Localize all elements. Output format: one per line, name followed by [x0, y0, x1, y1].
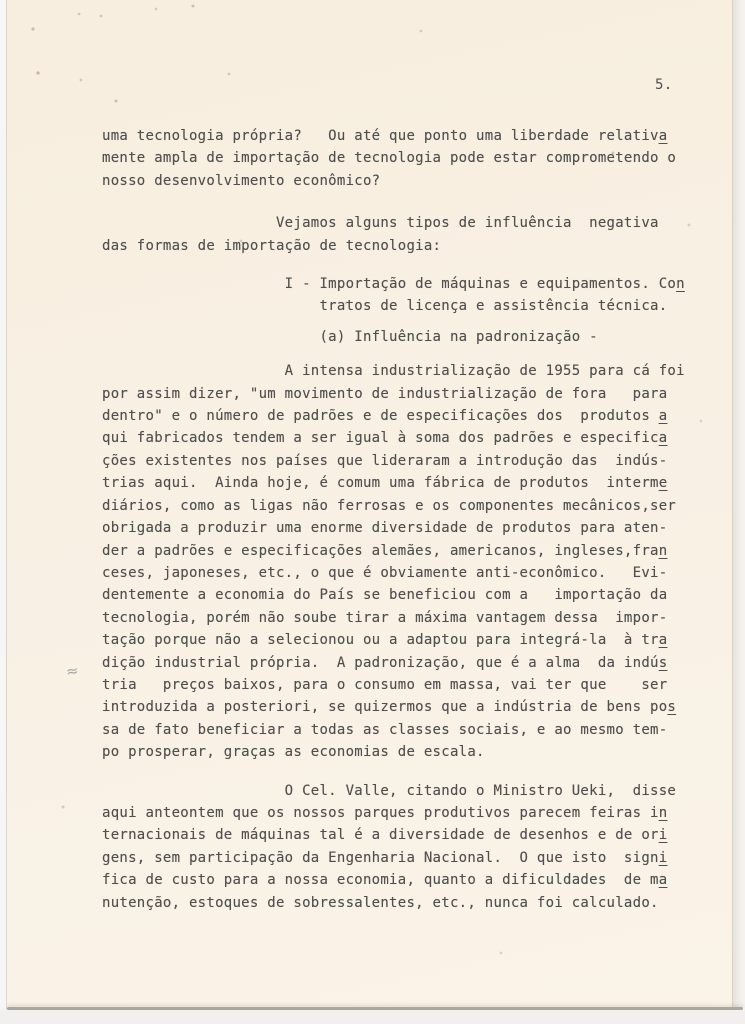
text-line: tria preços baixos, para o consumo em ma…: [102, 674, 702, 696]
text-line: dentemente a economia do País se benefic…: [102, 584, 702, 606]
text-line: nutenção, estoques de sobressalentes, et…: [102, 892, 702, 914]
text-line: fica de custo para a nossa economia, qua…: [102, 869, 702, 891]
text-line: tação porque não a selecionou ou a adapt…: [102, 629, 702, 651]
paragraph: O Cel. Valle, citando o Ministro Ueki, d…: [102, 780, 702, 914]
text-line: aqui anteontem que os nossos parques pro…: [102, 802, 702, 824]
paragraph: Vejamos alguns tipos de influência negat…: [102, 212, 702, 257]
text-line: diários, como as ligas não ferrosas e os…: [102, 495, 702, 517]
text-line: tratos de licença e assistência técnica.: [102, 295, 702, 317]
text-column: uma tecnologia própria? Ou até que ponto…: [102, 125, 702, 914]
text-line: obrigada a produzir uma enorme diversida…: [102, 517, 702, 539]
text-line: mente ampla de importação de tecnologia …: [102, 147, 702, 169]
text-line: qui fabricados tendem a ser igual à soma…: [102, 427, 702, 449]
text-line: das formas de importação de tecnologia:: [102, 235, 702, 257]
page-number: 5.: [655, 74, 672, 96]
text-line: por assim dizer, "um movimento de indust…: [102, 383, 702, 405]
text-line: introduzida a posteriori, se quizermos q…: [102, 696, 702, 718]
text-line: nosso desenvolvimento econômico?: [102, 170, 702, 192]
scan-edge-left: [0, 0, 7, 1012]
paragraph: (a) Influência na padronização -: [102, 326, 702, 348]
text-line: uma tecnologia própria? Ou até que ponto…: [102, 125, 702, 147]
paragraph: I - Importação de máquinas e equipamento…: [102, 273, 702, 318]
scanner-background: [0, 1010, 745, 1024]
text-line: I - Importação de máquinas e equipamento…: [102, 273, 702, 295]
text-line: Vejamos alguns tipos de influência negat…: [102, 212, 702, 234]
text-line: trias aqui. Ainda hoje, é comum uma fábr…: [102, 472, 702, 494]
scanned-paper-page: 5. uma tecnologia própria? Ou até que po…: [0, 0, 745, 1010]
paragraph: uma tecnologia própria? Ou até que ponto…: [102, 125, 702, 192]
text-line: A intensa industrialização de 1955 para …: [102, 360, 702, 382]
text-line: tecnologia, porém não soube tirar a máxi…: [102, 607, 702, 629]
paragraph: A intensa industrialização de 1955 para …: [102, 360, 702, 763]
text-line: O Cel. Valle, citando o Ministro Ueki, d…: [102, 780, 702, 802]
text-line: gens, sem participação da Engenharia Nac…: [102, 847, 702, 869]
text-line: ternacionais de máquinas tal é a diversi…: [102, 824, 702, 846]
text-line: po prosperar, graças as economias de esc…: [102, 741, 702, 763]
handwritten-margin-mark: ≈: [65, 661, 80, 681]
text-line: ceses, japoneses, etc., o que é obviamen…: [102, 562, 702, 584]
text-line: (a) Influência na padronização -: [102, 326, 702, 348]
text-line: sa de fato beneficiar a todas as classes…: [102, 719, 702, 741]
text-line: ções existentes nos países que lideraram…: [102, 450, 702, 472]
text-line: dição industrial própria. A padronização…: [102, 652, 702, 674]
text-line: der a padrões e especificações alemães, …: [102, 540, 702, 562]
scan-edge-right: [732, 0, 745, 1008]
text-line: dentro" e o número de padrões e de espec…: [102, 405, 702, 427]
